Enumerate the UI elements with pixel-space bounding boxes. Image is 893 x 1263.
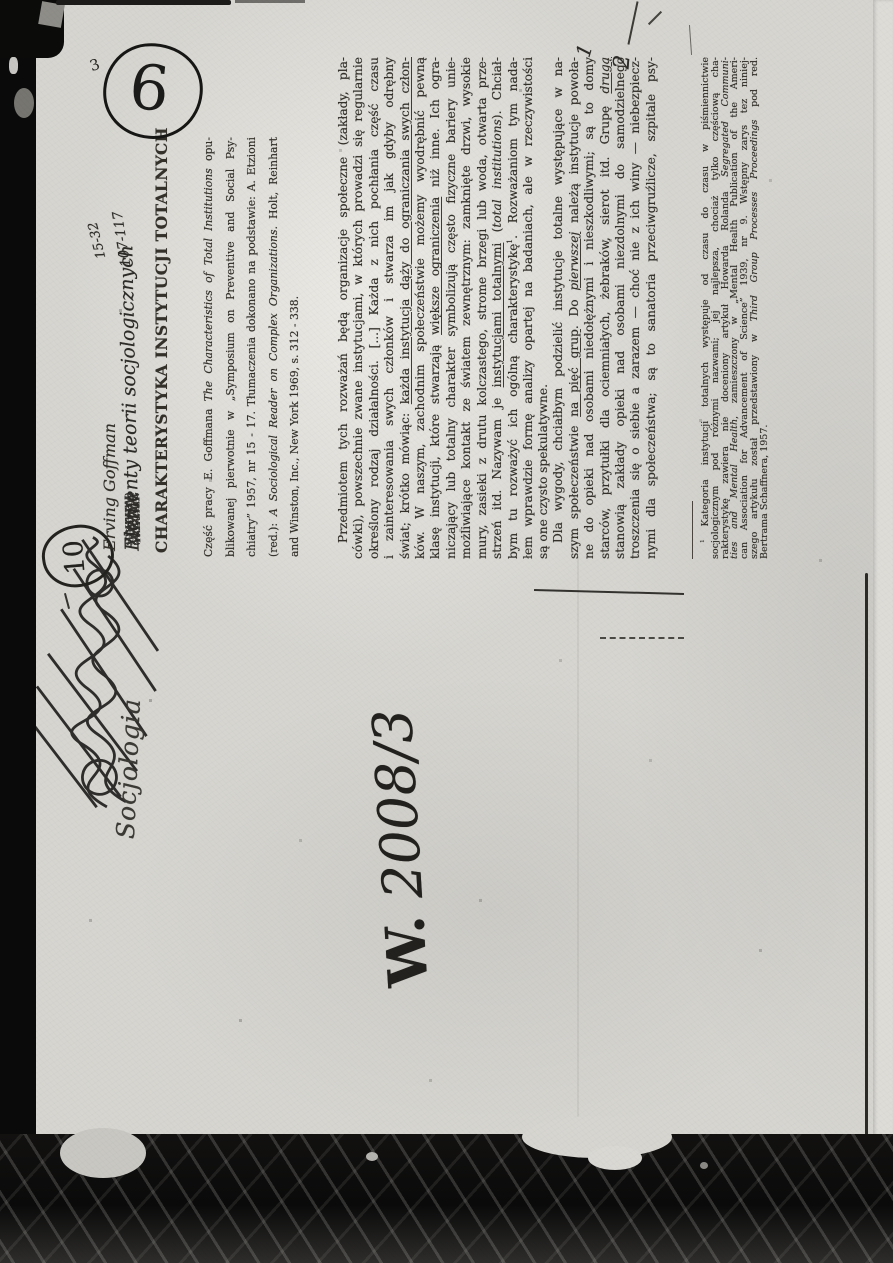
text-line: Przedmiotem tych rozważań będą organizac… (336, 57, 351, 559)
scan-border-left (0, 0, 36, 1263)
scan-border-paper-bump-2 (60, 1128, 146, 1178)
scanned-document-page: 10 Erving Goffman Elementy teorii socjol… (0, 0, 893, 1263)
text-line: (red.): A Sociological Reader on Complex… (267, 137, 289, 557)
margin-dashed-line (600, 637, 684, 639)
text-line: mury, zasieki z drutu kolczastego, strom… (475, 57, 490, 559)
text-line: szym społeczeństwie na pięć grup. Do pie… (567, 57, 582, 559)
scan-corner-gray-patch (38, 1, 65, 28)
footnote-text: 1 Kategoria instytucji totalnych występu… (700, 57, 769, 559)
text-line: socjologicznym pod różnymi nazwami; jej … (710, 57, 720, 559)
scan-border-speck-2 (700, 1162, 708, 1169)
text-line: ków. W naszym, zachodnim społeczeństwie … (413, 57, 428, 559)
text-line: ne do opieki nad osobami niedołężnymi i … (582, 57, 597, 559)
page-edge-shadow-line (865, 573, 868, 1143)
handwritten-subject-label: Socjologia (111, 697, 146, 839)
margin-pen-line (534, 589, 684, 595)
text-line: Część pracy E. Goffmana The Characterist… (202, 137, 224, 557)
shelfmark-number: 2008/3 (361, 707, 437, 918)
text-line: łem wprawdzie formę analizy opartej na b… (521, 57, 536, 559)
paper-fold-line (577, 556, 579, 1146)
article-title: CHARAKTERYSTYKA INSTYTUCJI TOTALNYCH (152, 127, 171, 553)
text-line: ties and Mental Health, zamieszczony w „… (729, 57, 739, 559)
author-name: Erving Goffman (100, 423, 119, 551)
text-line: klasę instytucji, które stwarzają większ… (428, 57, 443, 559)
handwritten-source-note: Elementy teorii socjologicznych (120, 493, 143, 551)
text-line: są one czysto spekulatywne. (536, 57, 551, 559)
scan-edge-right (873, 0, 893, 1263)
text-line: Dla wygody, chciałbym podzielić instytuc… (551, 57, 566, 559)
text-line: Bertrama Schaffnera, 1957. (759, 57, 769, 559)
text-line: świat; krótko mówiąc: każda instytucja d… (398, 57, 413, 559)
crossed-out-word-blob (124, 493, 140, 545)
handwritten-page-range-2: 107-117 (110, 210, 135, 268)
text-line: cówki), powszechnie zwane instytucjami, … (351, 57, 366, 559)
number-10-label: 10 (58, 539, 92, 576)
scan-border-gray-blob (14, 88, 34, 118)
rotated-page-content: 10 Erving Goffman Elementy teorii socjol… (0, 0, 893, 1263)
scan-border-white-speck (9, 57, 18, 74)
bibliographic-note: Część pracy E. Goffmana The Characterist… (202, 137, 310, 557)
text-line: strzeń itd. Nazywam je instytucjami tota… (490, 57, 505, 559)
text-line: możliwiające kontakt ze światem zewnętrz… (459, 57, 474, 559)
footnote-rule (692, 501, 693, 559)
scan-border-paper-bump-3 (588, 1146, 642, 1170)
shelfmark-prefix: W. (372, 914, 440, 989)
text-line: niczający lub totalny charakter symboliz… (444, 57, 459, 559)
text-line: rakterystykę zawiera nie doceniony artyk… (720, 57, 730, 559)
text-line: starców, przytułki dla ociemniałych, żeb… (598, 57, 613, 559)
handwritten-page-range-1: 15-32 (86, 220, 110, 260)
number-6-label: 6 (126, 49, 173, 126)
text-line: 1 Kategoria instytucji totalnych występu… (700, 57, 710, 559)
body-text: Przedmiotem tych rozważań będą organizac… (336, 57, 659, 559)
margin-number-2: 2 (610, 54, 636, 70)
text-line: szego artykułu został przedstawiony w Th… (749, 57, 759, 559)
text-line: nymi dla społeczeństwa; są to sanatoria … (644, 57, 659, 559)
handwritten-shelfmark: W. 2008/3 (360, 707, 441, 989)
margin-squiggle-3 (689, 25, 692, 55)
margin-squiggle-1 (627, 1, 638, 44)
text-line: określony rodzaj działalności. [...] Każ… (367, 57, 382, 559)
scan-border-speck-1 (366, 1152, 378, 1161)
text-line: i zainteresowania swych członków i stwar… (382, 57, 397, 559)
scan-top-smudge (56, 0, 231, 5)
text-line: blikowanej pierwotnie w „Symposium on Pr… (224, 137, 246, 557)
text-line: and Winston, Inc., New York 1969, s. 312… (288, 137, 310, 557)
text-line: bym tu rozważyć ich ogólną charakterysty… (505, 57, 520, 559)
text-line: chiatry” 1957, nr 15 - 17. Tłumaczenia d… (245, 137, 267, 557)
text-line: can Association for Advancement of Scien… (739, 57, 749, 559)
text-line: troszczenia się o siebie a zarazem — cho… (628, 57, 643, 559)
scan-top-smudge-2 (235, 0, 305, 3)
margin-squiggle-2 (648, 11, 662, 25)
text-line: stanowią zakłady opieki nad osobami niez… (613, 57, 628, 559)
